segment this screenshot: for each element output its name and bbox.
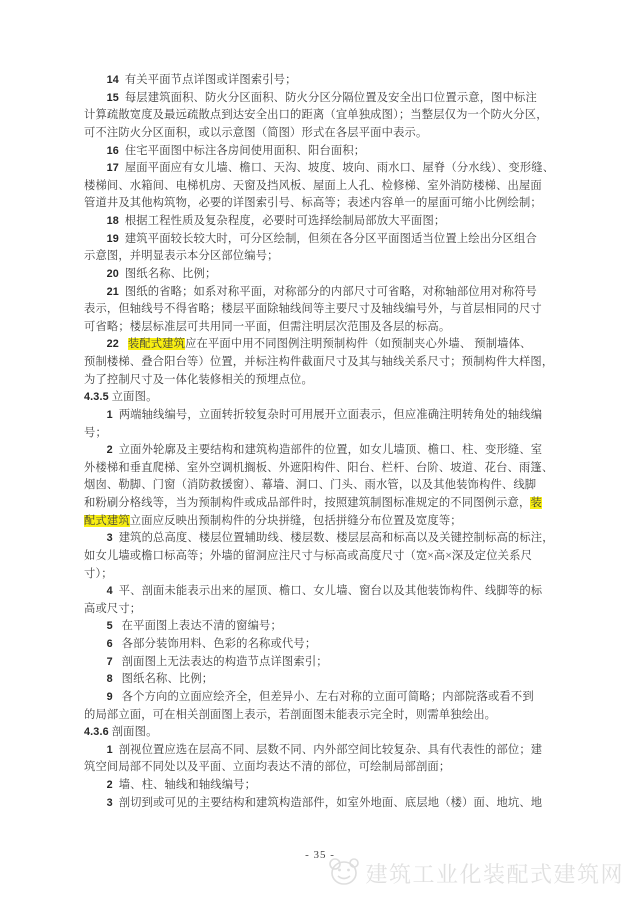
text-line: 和粉刷分格线等，当为预制构件或成品部件时，按照建筑制图标准规定的不同图例示意，装 [84, 495, 560, 513]
text-line: 管道井及其他构筑物，必要的详图索引号、标高等；表述内容单一的屋面可缩小比例绘制； [84, 195, 560, 213]
text-line: 3 建筑的总高度、楼层位置辅助线、楼层数、楼层层高和标高以及关键控制标高的标注， [84, 530, 560, 548]
text-line: 4.3.6 剖面图。 [84, 724, 560, 742]
text-line: 筑空间局部不同处以及平面、立面均表达不清的部位，可绘制局部剖面； [84, 759, 560, 777]
text-line: 4 平、剖面未能表示出来的屋顶、檐口、女儿墙、窗台以及其他装饰构件、线脚等的标 [84, 583, 560, 601]
highlighted-term: 装 [530, 497, 541, 509]
text-line: 寸）； [84, 566, 560, 584]
text-line: 1 剖视位置应选在层高不同、层数不同、内外部空间比较复杂、具有代表性的部位；建 [84, 742, 560, 760]
document-body: 14 有关平面节点详图或详图索引号；15 每层建筑面积、防火分区面积、防火分区分… [84, 72, 560, 812]
text-line: 高或尺寸； [84, 601, 560, 619]
text-line: 18 根据工程性质及复杂程度，必要时可选择绘制局部放大平面图； [84, 213, 560, 231]
text-line: 的局部立面，可在相关剖面图上表示，若剖面图未能表示完全时，则需单独绘出。 [84, 707, 560, 725]
highlighted-term: 配式建筑 [84, 515, 130, 527]
highlighted-term: 装配式建筑 [128, 338, 185, 350]
text-line: 可不注防火分区面积，或以示意图（简图）形式在各层平面中表示。 [84, 125, 560, 143]
text-line: 如女儿墙或檐口标高等；外墙的留洞应注尺寸与标高或高度尺寸（宽×高×深及定位关系尺 [84, 548, 560, 566]
text-line: 可省略；楼层标准层可共用同一平面，但需注明层次范围及各层的标高。 [84, 319, 560, 337]
text-line: 楼梯间、水箱间、电梯机房、天窗及挡风板、屋面上人孔、检修梯、室外消防楼梯、出屋面 [84, 178, 560, 196]
text-line: 20 图纸名称、比例； [84, 266, 560, 284]
text-line: 5 在平面图上表达不清的窗编号； [84, 618, 560, 636]
text-line: 表示，但轴线号不得省略；楼层平面除轴线间等主要尺寸及轴线编号外，与首层相同的尺寸 [84, 301, 560, 319]
text-line: 外楼梯和垂直爬梯、室外空调机搁板、外遮阳构件、阳台、栏杆、台阶、坡道、花台、雨篷… [84, 460, 560, 478]
text-line: 配式建筑立面应反映出预制构件的分块拼缝，包括拼缝分布位置及宽度等； [84, 513, 560, 531]
text-line: 为了控制尺寸及一体化装修相关的预埋点位。 [84, 372, 560, 390]
watermark: 建筑工业化装配式建筑网 [327, 856, 624, 891]
panda-face-icon [327, 856, 361, 891]
text-line: 2 立面外轮廓及主要结构和建筑构造部件的位置，如女儿墙顶、檐口、柱、变形缝、室 [84, 442, 560, 460]
text-line: 16 住宅平面图中标注各房间使用面积、阳台面积； [84, 143, 560, 161]
text-line: 17 屋面平面应有女儿墙、檐口、天沟、坡度、坡向、雨水口、屋脊（分水线）、变形缝… [84, 160, 560, 178]
text-line: 预制楼梯、叠合阳台等）位置，并标注构件截面尺寸及其与轴线关系尺寸；预制构件大样图… [84, 354, 560, 372]
text-line: 4.3.5 立面图。 [84, 389, 560, 407]
text-line: 3 剖切到或可见的主要结构和建筑构造部件，如室外地面、底层地（楼）面、地坑、地 [84, 795, 560, 813]
text-line: 6 各部分装饰用料、色彩的名称或代号； [84, 636, 560, 654]
text-line: 14 有关平面节点详图或详图索引号； [84, 72, 560, 90]
text-line: 7 剖面图上无法表达的构造节点详图索引； [84, 654, 560, 672]
text-line: 8 图纸名称、比例； [84, 671, 560, 689]
text-line: 1 两端轴线编号，立面转折较复杂时可用展开立面表示，但应准确注明转角处的轴线编 [84, 407, 560, 425]
text-line: 15 每层建筑面积、防火分区面积、防火分区分隔位置及安全出口位置示意，图中标注 [84, 90, 560, 108]
text-line: 21 图纸的省略；如系对称平面，对称部分的内部尺寸可省略，对称轴部位用对称符号 [84, 284, 560, 302]
text-line: 22 装配式建筑应在平面中用不同图例注明预制构件（如预制夹心外墙、 预制墙体、 [84, 336, 560, 354]
text-line: 19 建筑平面较长较大时，可分区绘制，但须在各分区平面图适当位置上绘出分区组合 [84, 231, 560, 249]
text-line: 号； [84, 425, 560, 443]
text-line: 9 各个方向的立面应绘齐全，但差异小、左右对称的立面可简略；内部院落或看不到 [84, 689, 560, 707]
text-line: 烟囱、勒脚、门窗（消防救援窗）、幕墙、洞口、门头、雨水管，以及其他装饰构件、线脚 [84, 477, 560, 495]
text-line: 计算疏散宽度及最远疏散点到达安全出口的距离（宜单独成图）；当整层仅为一个防火分区… [84, 107, 560, 125]
document-page: 14 有关平面节点详图或详图索引号；15 每层建筑面积、防火分区面积、防火分区分… [0, 0, 640, 905]
watermark-text: 建筑工业化装配式建筑网 [365, 858, 624, 889]
text-line: 示意图，并明显表示本分区部位编号； [84, 248, 560, 266]
text-line: 2 墙、柱、轴线和轴线编号； [84, 777, 560, 795]
